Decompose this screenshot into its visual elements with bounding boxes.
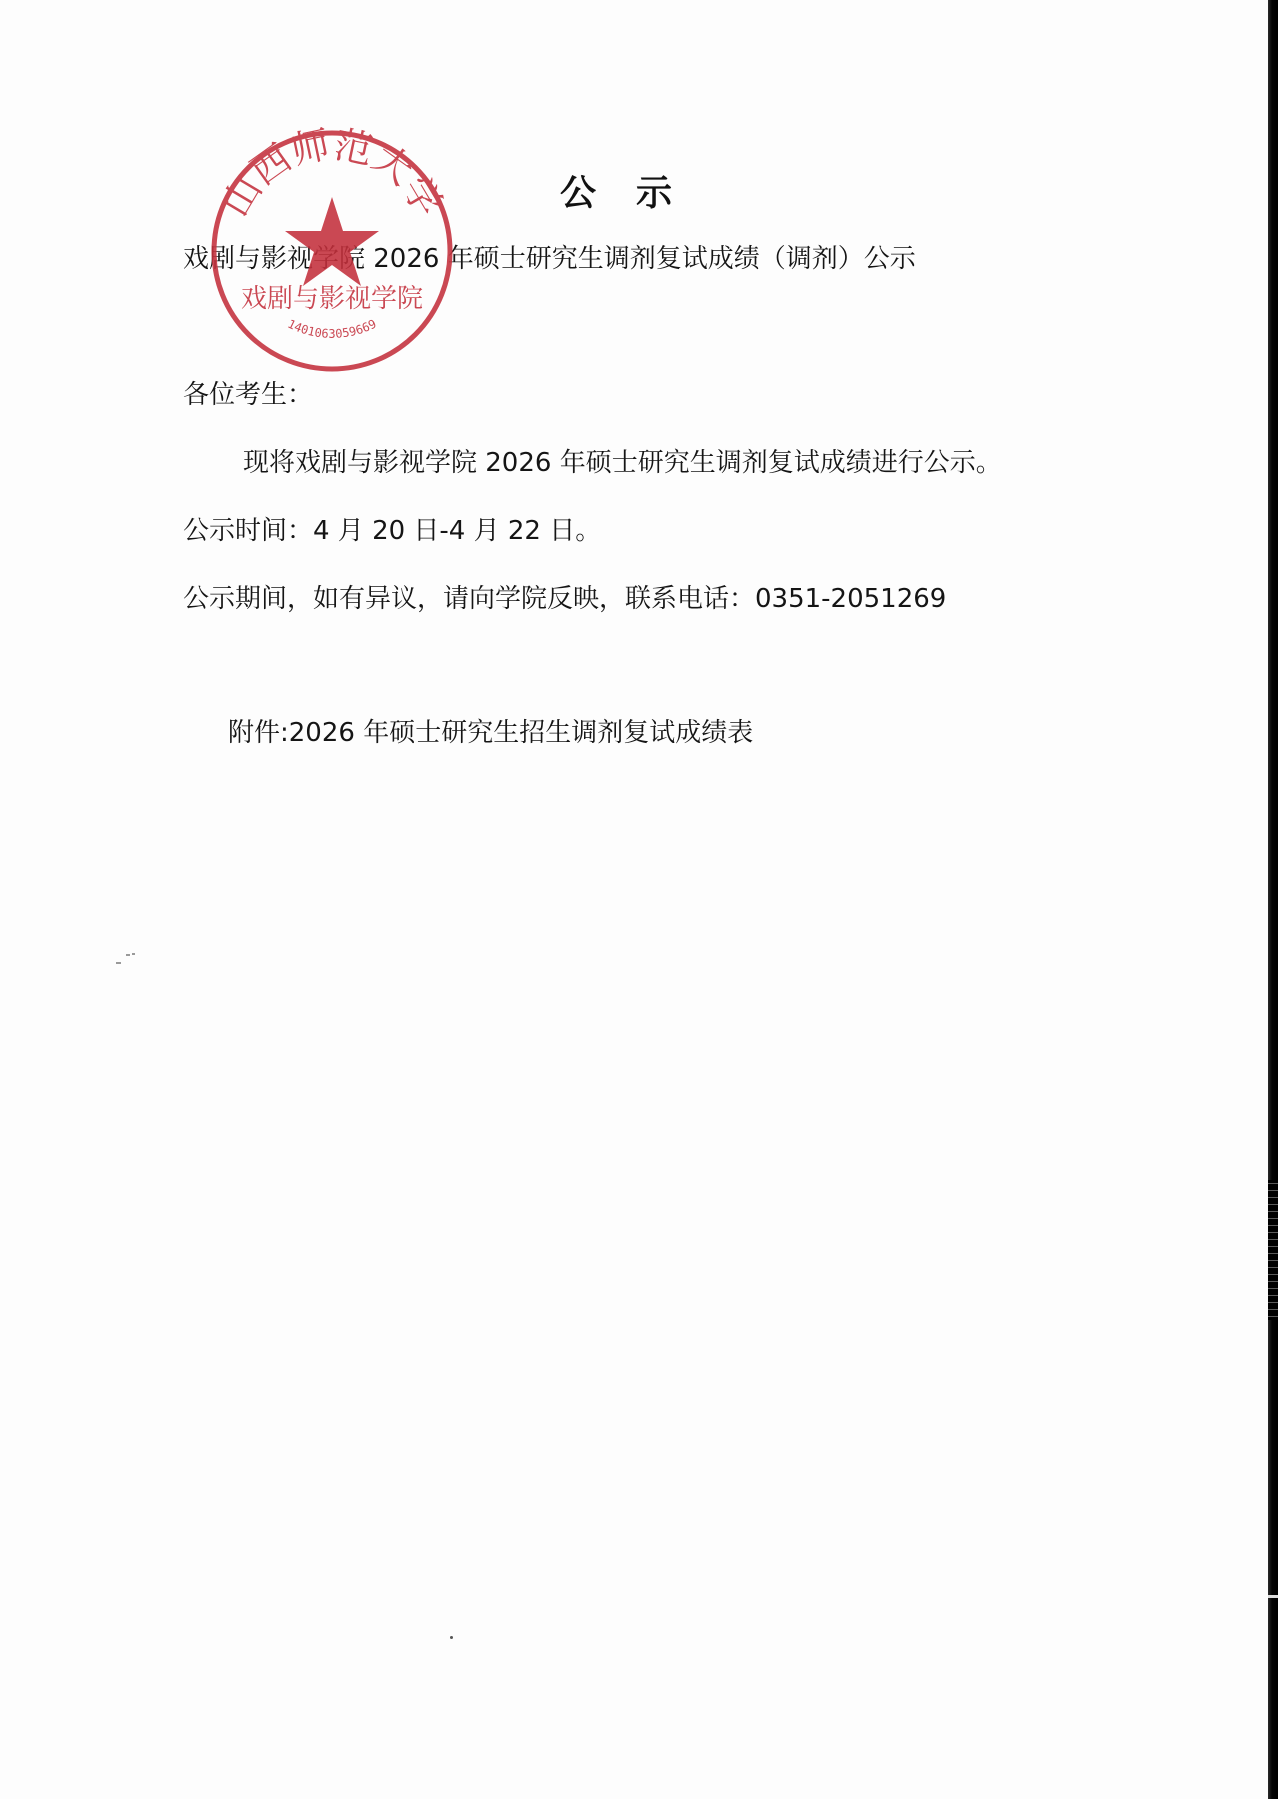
contact-info: 公示期间，如有异议，请向学院反映，联系电话：0351-2051269	[183, 582, 946, 616]
scan-edge-noise	[1268, 1180, 1278, 1320]
greeting: 各位考生：	[183, 378, 313, 412]
stamp-inner-text: 戏剧与影视学院	[241, 284, 423, 313]
svg-text:山西师范大学: 山西师范大学	[215, 127, 449, 224]
document-subtitle: 戏剧与影视学院 2026 年硕士研究生调剂复试成绩（调剂）公示	[183, 242, 916, 276]
document-page: 公示 戏剧与影视学院 2026 年硕士研究生调剂复试成绩（调剂）公示 各位考生：…	[0, 0, 1278, 1799]
scan-speck	[112, 952, 142, 968]
page-title: 公示	[560, 165, 712, 216]
scan-edge-border	[1268, 0, 1278, 1799]
attachment-reference: 附件:2026 年硕士研究生招生调剂复试成绩表	[228, 716, 753, 750]
scan-edge-gap	[1268, 1595, 1278, 1598]
announcement-period: 公示时间：4 月 20 日-4 月 22 日。	[183, 514, 601, 548]
announcement-paragraph: 现将戏剧与影视学院 2026 年硕士研究生调剂复试成绩进行公示。	[243, 446, 1002, 480]
svg-text:1401063059669: 1401063059669	[285, 317, 378, 341]
scan-dot	[450, 1636, 453, 1639]
stamp-serial: 1401063059669	[285, 317, 378, 341]
stamp-outer-text: 山西师范大学	[215, 127, 449, 224]
